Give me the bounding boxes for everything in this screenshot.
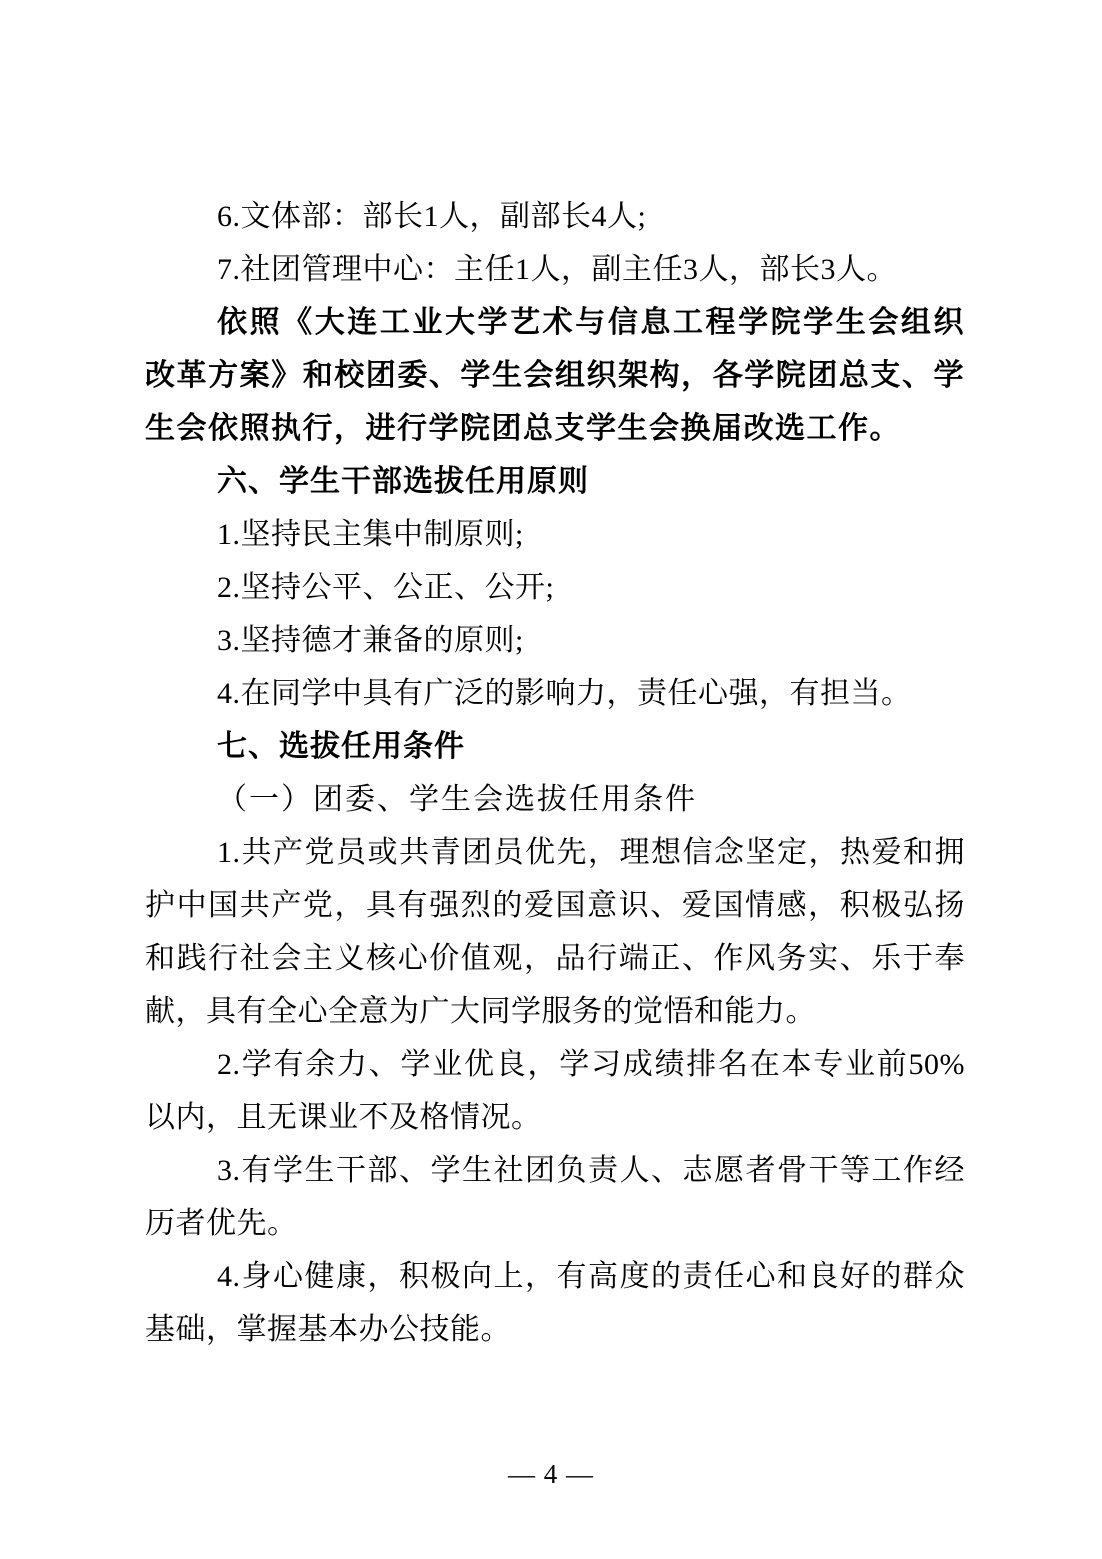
condition-item-1: 1.共产党员或共青团员优先，理想信念坚定，热爱和拥护中国共产党，具有强烈的爱国意… [145,826,965,1038]
paragraph-reform-basis: 依照《大连工业大学艺术与信息工程学院学生会组织改革方案》和校团委、学生会组织架构… [145,296,965,455]
condition-item-4: 4.身心健康，积极向上，有高度的责任心和良好的群众基础，掌握基本办公技能。 [145,1250,965,1356]
list-item-dept-6: 6.文体部：部长1人，副部长4人; [145,190,965,243]
document-body: 6.文体部：部长1人，副部长4人; 7.社团管理中心：主任1人，副主任3人，部长… [145,190,965,1356]
condition-item-3: 3.有学生干部、学生社团负责人、志愿者骨干等工作经历者优先。 [145,1144,965,1250]
principle-item-3: 3.坚持德才兼备的原则; [145,614,965,667]
list-item-dept-7: 7.社团管理中心：主任1人，副主任3人，部长3人。 [145,243,965,296]
condition-item-2: 2.学有余力、学业优良，学习成绩排名在本专业前50%以内，且无课业不及格情况。 [145,1038,965,1144]
section-heading-7: 七、选拔任用条件 [145,720,965,773]
section-heading-6: 六、学生干部选拔任用原则 [145,455,965,508]
subsection-heading-1: （一）团委、学生会选拔任用条件 [145,773,965,826]
principle-item-4: 4.在同学中具有广泛的影响力，责任心强，有担当。 [145,667,965,720]
principle-item-1: 1.坚持民主集中制原则; [145,508,965,561]
document-page: 6.文体部：部长1人，副部长4人; 7.社团管理中心：主任1人，副主任3人，部长… [0,0,1102,1559]
page-number: — 4 — [0,1458,1102,1490]
principle-item-2: 2.坚持公平、公正、公开; [145,561,965,614]
